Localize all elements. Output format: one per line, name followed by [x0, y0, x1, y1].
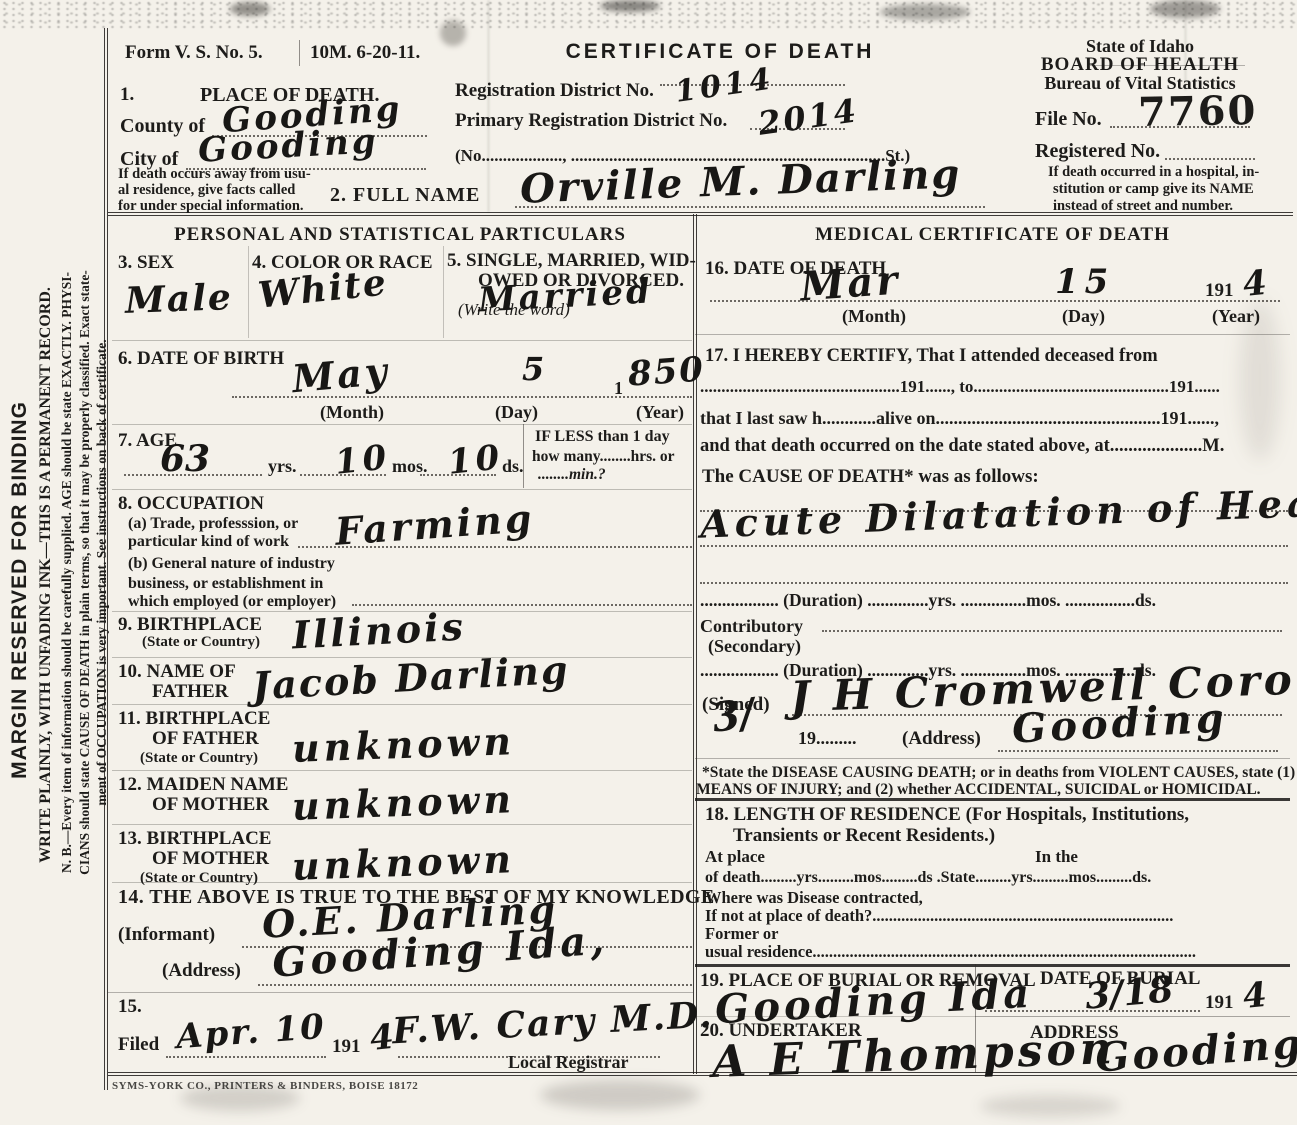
certify-line-4: and that death occurred on the date stat…: [700, 436, 1224, 457]
column-divider: [693, 214, 697, 1074]
hospital-note-line-3: instead of street and number.: [1053, 198, 1233, 215]
fill-line: [710, 300, 1280, 302]
former-residence-line-2: usual residence.........................…: [705, 942, 1196, 962]
row-rule: [112, 770, 692, 771]
occupation-a-line-1: (a) Trade, professsion, or: [128, 515, 298, 533]
registration-district-value: 1014: [673, 61, 776, 110]
stain: [600, 0, 660, 12]
dob-label: 6. DATE OF BIRTH: [118, 348, 284, 370]
age-mos-label: mos.: [392, 456, 428, 477]
residence-duration-line: of death.........yrs.........mos........…: [705, 869, 1151, 887]
margin-note-nb-2: CIANS should state CAUSE OF DEATH in pla…: [77, 55, 93, 1090]
physician-address-value: Gooding: [1011, 694, 1229, 752]
row-rule: [112, 424, 692, 425]
certify-line-3: that I last saw h............alive on...…: [700, 408, 1219, 429]
burial-year-value: 4: [1241, 975, 1269, 1017]
file-no-label: File No.: [1035, 108, 1102, 131]
dod-month-caption: (Month): [842, 306, 906, 327]
death-certificate-scan: MARGIN RESERVED FOR BINDING WRITE PLAINL…: [0, 0, 1297, 1125]
filed-date-value: Apr. 10: [175, 1007, 327, 1057]
primary-district-label: Primary Registration District No.: [455, 110, 727, 132]
age-months-value: 10: [333, 437, 392, 483]
dod-day-caption: (Day): [1062, 306, 1105, 327]
mother-birthplace-value: unknown: [291, 836, 515, 889]
registrar-signature: F.W. Cary M.D.: [391, 994, 714, 1053]
mother-birthplace-caption: (State or Country): [140, 870, 258, 887]
father-birthplace-caption: (State or Country): [140, 750, 258, 767]
mother-birthplace-label-1: 13. BIRTHPLACE: [118, 828, 271, 850]
away-note-line-2: al residence, give facts called: [118, 182, 295, 199]
hospital-note-line-2: stitution or camp give its NAME: [1053, 181, 1254, 198]
in-the-label: In the: [1035, 847, 1078, 867]
divider: [299, 40, 300, 66]
stain: [880, 4, 970, 20]
date-of-death-year-value: 4: [1241, 263, 1269, 305]
row-rule: [112, 340, 692, 341]
contributory-label: Contributory: [700, 616, 803, 637]
dob-month-caption: (Month): [320, 402, 384, 423]
stain: [980, 1095, 1120, 1117]
margin-note-nb-1: N. B.—Every item of information should b…: [59, 55, 75, 1090]
footnote-line-2: MEANS OF INJURY; and (2) whether ACCIDEN…: [696, 781, 1261, 799]
margin-note-write-plainly: WRITE PLAINLY, WITH UNFADING INK—THIS IS…: [37, 70, 55, 1080]
age-yrs-label: yrs.: [268, 456, 297, 477]
cause-of-death-value: Acute Dilatation of Heart: [699, 478, 1297, 546]
certify-line-2: ........................................…: [700, 377, 1220, 397]
fill-line: [1165, 158, 1255, 160]
stain: [440, 20, 466, 46]
item-15-label: 15.: [118, 996, 142, 1018]
file-no-value: 7760: [1138, 87, 1258, 136]
margin-note-binding: MARGIN RESERVED FOR BINDING: [8, 120, 32, 1060]
age-ds-label: ds.: [502, 456, 524, 477]
row-rule: [112, 489, 692, 490]
footnote-line-1: *State the DISEASE CAUSING DEATH; or in …: [702, 764, 1295, 782]
registered-no-label: Registered No.: [1035, 140, 1160, 163]
occupation-b-line-2: business, or establishment in: [128, 575, 323, 593]
stain: [230, 2, 270, 16]
burial-year-prefix: 191: [1205, 992, 1234, 1014]
informant-label: (Informant): [118, 924, 215, 946]
year-19-label: 19.........: [798, 728, 857, 749]
dob-day-value: 5: [522, 350, 544, 388]
residence-section-label-1: 18. LENGTH OF RESIDENCE (For Hospitals, …: [705, 804, 1189, 826]
divider: [443, 246, 444, 338]
dob-month-value: May: [290, 348, 391, 401]
if-less-line-3: ........min.?: [538, 466, 606, 484]
stain: [540, 1080, 700, 1110]
dob-day-caption: (Day): [495, 402, 538, 423]
dob-year-value: 850: [627, 349, 707, 394]
residence-section-label-2: Transients or Recent Residents.): [733, 825, 995, 847]
occupation-a-line-2: particular kind of work: [128, 533, 289, 551]
certify-line-1: 17. I HEREBY CERTIFY, That I attended de…: [705, 346, 1158, 367]
fill-line: [258, 984, 692, 986]
birthplace-value: Illinois: [291, 603, 467, 657]
father-birthplace-label-2: OF FATHER: [152, 728, 259, 750]
disease-contracted-line-2: If not at place of death?...............…: [705, 906, 1173, 926]
age-years-value: 63: [160, 438, 210, 480]
mother-name-label-2: OF MOTHER: [152, 794, 269, 816]
mother-birthplace-label-2: OF MOTHER: [152, 848, 269, 870]
fill-line: [700, 582, 1288, 584]
at-place-label: At place: [705, 847, 765, 867]
left-column-title: PERSONAL AND STATISTICAL PARTICULARS: [130, 224, 670, 246]
birthplace-caption: (State or Country): [142, 634, 260, 651]
father-birthplace-value: unknown: [291, 718, 515, 771]
dob-year-prefix: 1: [614, 378, 623, 399]
father-birthplace-label-1: 11. BIRTHPLACE: [118, 708, 270, 730]
occupation-b-line-1: (b) General nature of industry: [128, 555, 335, 573]
local-registrar-label: Local Registrar: [508, 1052, 628, 1073]
duration-line-1: .................. (Duration) ..........…: [700, 590, 1156, 611]
form-number: Form V. S. No. 5.: [125, 42, 263, 64]
informant-address-label: (Address): [162, 960, 241, 982]
filed-label: Filed: [118, 1034, 159, 1056]
row-rule: [695, 758, 1290, 759]
secondary-label: (Secondary): [708, 636, 801, 657]
occupation-b-line-3: which employed (or employer): [128, 593, 336, 611]
birthplace-label: 9. BIRTHPLACE: [118, 614, 262, 636]
age-days-value: 10: [446, 437, 505, 483]
row-rule: [695, 334, 1290, 335]
burial-date-value: 3/18: [1083, 968, 1175, 1018]
disease-contracted-line-1: Where was Disease contracted,: [705, 888, 923, 908]
fill-line: [700, 545, 1288, 547]
crease: [488, 0, 489, 212]
away-note-line-3: for under special information.: [118, 198, 304, 215]
father-name-label-2: FATHER: [152, 681, 228, 703]
date-of-death-day-value: 15: [1055, 262, 1114, 302]
physician-address-label: (Address): [902, 728, 981, 750]
section-rule: [695, 964, 1290, 967]
city-value: Gooding: [197, 121, 379, 170]
primary-district-value: 2014: [756, 91, 861, 143]
if-less-line-1: IF LESS than 1 day: [535, 428, 670, 446]
registration-district-label: Registration District No.: [455, 80, 654, 102]
margin-note-nb-3: ment of OCCUPATION is very important. Se…: [94, 55, 110, 1090]
row-rule: [108, 992, 693, 993]
row-rule: [112, 704, 692, 705]
former-residence-line-1: Former or: [705, 924, 778, 944]
occupation-label: 8. OCCUPATION: [118, 493, 264, 515]
if-less-line-2: how many........hrs. or: [532, 448, 675, 466]
page-title: CERTIFICATE OF DEATH: [565, 40, 875, 64]
signed-date-value: 3/: [709, 689, 758, 741]
mother-name-value: unknown: [291, 776, 515, 829]
date-of-death-month-value: Mar: [798, 257, 901, 311]
filed-year-prefix: 191: [332, 1036, 361, 1058]
full-name-label: 2. FULL NAME: [330, 184, 480, 207]
cause-of-death-label: The CAUSE OF DEATH* was as follows:: [702, 466, 1039, 488]
marital-label-line-1: 5. SINGLE, MARRIED, WID-: [447, 250, 696, 272]
dob-year-caption: (Year): [636, 402, 684, 423]
dod-year-caption: (Year): [1212, 306, 1260, 327]
hospital-note-line-1: If death occurred in a hospital, in-: [1048, 164, 1259, 181]
sex-label: 3. SEX: [118, 252, 174, 274]
mother-name-label-1: 12. MAIDEN NAME: [118, 774, 288, 796]
divider: [248, 246, 249, 338]
section-1-number: 1.: [120, 84, 134, 106]
date-of-death-year-prefix: 191: [1205, 280, 1234, 302]
printer-mark: SYMS-YORK CO., PRINTERS & BINDERS, BOISE…: [112, 1080, 418, 1092]
marital-value: Married: [477, 271, 654, 320]
form-edition: 10M. 6-20-11.: [310, 42, 420, 64]
fill-line: [822, 630, 1282, 632]
father-name-label-1: 10. NAME OF: [118, 661, 236, 683]
sex-value: Male: [124, 276, 233, 322]
county-label: County of: [120, 115, 205, 138]
right-column-title: MEDICAL CERTIFICATE OF DEATH: [700, 224, 1285, 246]
